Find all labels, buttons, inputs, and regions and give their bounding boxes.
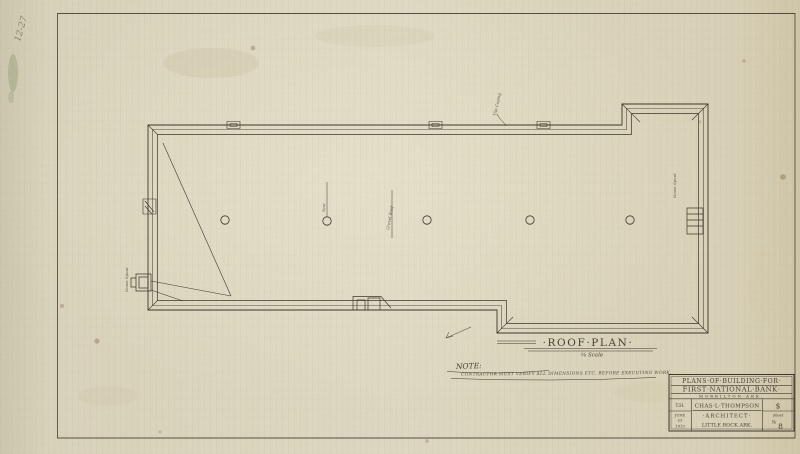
stray-arrow-mark bbox=[446, 327, 471, 338]
project-line1: PLANS·OF·BUILDING·FOR· bbox=[682, 378, 781, 385]
roofing-label: Gravel Roof bbox=[385, 204, 394, 230]
sheet-number: 8 bbox=[778, 422, 783, 431]
down-spout-right-label: Down Spout bbox=[672, 173, 677, 199]
roof-scuttle-left-wall bbox=[143, 199, 156, 214]
sheet-word: Sheet bbox=[773, 414, 784, 418]
vent-pipe bbox=[626, 216, 634, 224]
roof-valley-lines bbox=[151, 143, 231, 301]
water-stain bbox=[315, 25, 435, 47]
water-stain bbox=[78, 386, 138, 406]
architect-title: ·ARCHITECT· bbox=[703, 414, 752, 420]
green-stain bbox=[8, 54, 18, 92]
vent-pipe bbox=[221, 216, 229, 224]
fox-spot bbox=[742, 59, 746, 63]
roof-plan-drawing: Tile Coping Vent Gravel Roof Down Spout … bbox=[124, 92, 708, 333]
drawing-sheet: 12-27 Tile Coping Vent Gravel Roof bbox=[0, 0, 800, 454]
building-outline-inner bbox=[158, 114, 699, 324]
cornice-miter-lines bbox=[148, 104, 708, 333]
architect-city: LITTLE ROCK ARK. bbox=[702, 423, 753, 429]
water-stain bbox=[163, 48, 259, 78]
building-outline-mid bbox=[153, 109, 704, 329]
note-label: NOTE: bbox=[455, 361, 482, 371]
drawn-by-initials: T.H. bbox=[675, 403, 685, 409]
project-line2: FIRST·NATIONAL·BANK· bbox=[683, 386, 781, 394]
fox-spot bbox=[251, 46, 256, 51]
fox-spot bbox=[699, 121, 702, 124]
title-block: PLANS·OF·BUILDING·FOR· FIRST·NATIONAL·BA… bbox=[669, 375, 794, 432]
fox-spot bbox=[780, 174, 786, 180]
tile-coping-label: Tile Coping bbox=[492, 92, 502, 116]
architect-name: CHAS·L·THOMPSON bbox=[695, 404, 760, 410]
project-line3: MORRILTON·ARK. bbox=[699, 393, 764, 398]
vent-pipe bbox=[423, 216, 431, 224]
water-stain bbox=[748, 247, 774, 323]
roof-plan-svg: 12-27 Tile Coping Vent Gravel Roof bbox=[0, 0, 800, 454]
fox-spot bbox=[425, 439, 429, 443]
drawing-title-group: ·ROOF·PLAN· ⅛ Scale bbox=[446, 327, 657, 359]
sheet-no-label: № bbox=[772, 420, 776, 426]
note-text: CONTRACTOR MUST VERIFY ALL DIMENSIONS ET… bbox=[461, 371, 672, 378]
fox-spot bbox=[94, 338, 99, 343]
date-year: 1913 bbox=[675, 424, 685, 429]
note-group: NOTE: CONTRACTOR MUST VERIFY ALL DIMENSI… bbox=[447, 361, 672, 380]
building-outline-outer bbox=[148, 104, 708, 333]
green-stain-small bbox=[8, 91, 14, 103]
ladder-right-wall bbox=[687, 208, 703, 234]
drawing-title: ·ROOF·PLAN· bbox=[543, 337, 634, 349]
vent-label: Vent bbox=[321, 203, 326, 212]
vent-pipe bbox=[323, 217, 331, 225]
drawing-scale: ⅛ Scale bbox=[581, 353, 604, 359]
corner-scribble: 12-27 bbox=[13, 15, 30, 43]
vent-pipe bbox=[526, 216, 534, 224]
chimney-bottom-wall bbox=[353, 297, 391, 311]
file-mark: $ bbox=[776, 403, 780, 411]
fox-spot bbox=[60, 304, 64, 308]
leader-lines bbox=[327, 114, 506, 238]
down-spout-left-label: Down Spout bbox=[124, 267, 129, 293]
date-day: 23 bbox=[678, 418, 683, 423]
fox-spot bbox=[158, 430, 161, 433]
